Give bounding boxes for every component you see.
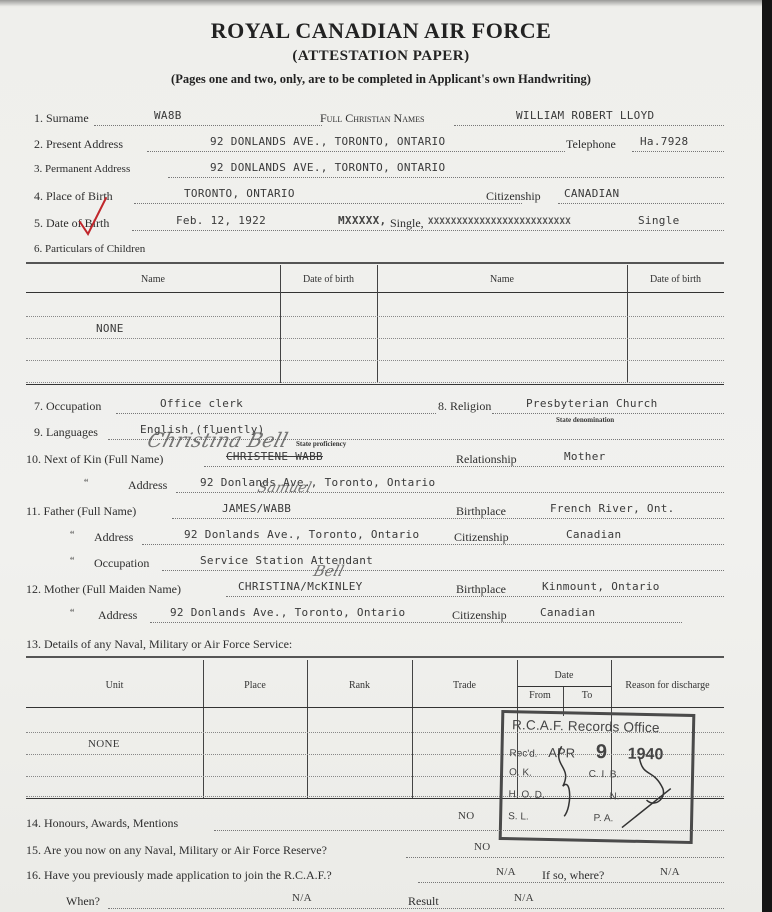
children-header-dob-2: Date of birth [627, 274, 724, 285]
row-honours: 14. Honours, Awards, Mentions NO [26, 816, 724, 834]
document-subtitle: (ATTESTATION PAPER) [0, 48, 762, 65]
scan-shadow [0, 0, 762, 6]
children-header-dob: Date of birth [280, 274, 377, 285]
next-of-kin-label: 10. Next of Kin (Full Name) [26, 452, 163, 467]
ditto-mark: “ [84, 478, 88, 489]
ditto-mark: “ [70, 530, 74, 541]
father-birthplace-label: Birthplace [456, 504, 506, 519]
mother-address-value: 92 Donlands Ave., Toronto, Ontario [170, 606, 405, 619]
scan-border [762, 0, 772, 912]
previous-app-value: N/A [496, 866, 516, 878]
father-citizenship-value: Canadian [566, 528, 621, 541]
christian-names-value: WILLIAM ROBERT LLOYD [516, 109, 654, 122]
mother-citizenship-value: Canadian [540, 606, 595, 619]
relationship-value: Mother [564, 450, 606, 463]
previous-app-label: 16. Have you previously made application… [26, 868, 332, 883]
row-surname: 1. Surname WA8B Full Christian Names WIL… [34, 111, 724, 129]
nok-address-value: 92 Donlands Ave., Toronto, Ontario [200, 476, 435, 489]
row-place-of-birth: 4. Place of Birth TORONTO, ONTARIO Citiz… [34, 189, 724, 207]
father-occupation-label: Occupation [94, 556, 149, 571]
honours-value: NO [458, 810, 475, 822]
surname-label: 1. Surname [34, 111, 89, 126]
table-top-rule [26, 656, 724, 658]
marital-struck-prefix: MXXXXX, [338, 214, 386, 227]
row-nok-address: “ Address 92 Donlands Ave., Toronto, Ont… [84, 478, 724, 496]
row-next-of-kin: 10. Next of Kin (Full Name) CHRISTENE WA… [26, 452, 724, 470]
service-header-from: From [517, 690, 563, 701]
religion-note: State denomination [556, 416, 614, 424]
row-permanent-address: 3. Permanent Address 92 DONLANDS AVE., T… [34, 163, 724, 181]
service-header-to: To [563, 690, 611, 701]
father-occupation-value: Service Station Attendant [200, 554, 373, 567]
citizenship-value: CANADIAN [564, 187, 619, 200]
when-label: When? [66, 894, 100, 909]
mother-address-label: Address [98, 608, 137, 623]
father-birthplace-value: French River, Ont. [550, 502, 675, 515]
handwritten-christina: Christina Bell [145, 428, 291, 452]
attestation-paper: ROYAL CANADIAN AIR FORCE (ATTESTATION PA… [0, 0, 762, 912]
father-label: 11. Father (Full Name) [26, 504, 136, 519]
red-check-mark-icon [78, 196, 108, 236]
handwritten-bell: Bell [312, 562, 346, 580]
row-previous-application: 16. Have you previously made application… [26, 868, 724, 886]
table-header-rule [26, 707, 724, 708]
telephone-value: Ha.7928 [640, 135, 688, 148]
ditto-mark: “ [70, 556, 74, 567]
table-row-rule [26, 338, 724, 339]
row-occupation: 7. Occupation Office clerk 8. Religion P… [34, 399, 724, 417]
table-row-rule [26, 360, 724, 361]
christian-names-label: Full Christian Names [320, 111, 424, 126]
religion-label: 8. Religion [438, 399, 491, 414]
row-languages: 9. Languages English (fluently) [34, 425, 724, 443]
service-header-unit: Unit [26, 680, 203, 691]
document-title: ROYAL CANADIAN AIR FORCE [0, 18, 762, 44]
present-address-label: 2. Present Address [34, 137, 123, 152]
table-top-rule [26, 262, 724, 264]
children-label: 6. Particulars of Children [34, 243, 145, 255]
row-date-of-birth: 5. Date of Birth Feb. 12, 1922 MXXXXX, S… [34, 216, 724, 234]
service-header-date: Date [517, 670, 611, 681]
father-address-value: 92 Donlands Ave., Toronto, Ontario [184, 528, 419, 541]
if-so-where-label: If so, where? [542, 868, 604, 883]
service-header-rank: Rank [307, 680, 412, 691]
stamp-recd-label: Rec'd. [509, 748, 537, 760]
father-value: JAMES/WABB [222, 502, 291, 515]
marital-struck-options: XXXXXXXXXXXXXXXXXXXXXXXXX [428, 217, 571, 227]
service-header-place: Place [203, 680, 307, 691]
row-father-address: “ Address 92 Donlands Ave., Toronto, Ont… [70, 530, 724, 548]
stamp-hod: H. O. D. [508, 789, 544, 801]
service-entry: NONE [88, 738, 120, 750]
date-subheader-rule [518, 686, 611, 687]
nok-address-label: Address [128, 478, 167, 493]
religion-value: Presbyterian Church [526, 397, 658, 410]
row-mother: 12. Mother (Full Maiden Name) CHRISTINA/… [26, 582, 724, 600]
stamp-ok: O. K. [509, 767, 532, 778]
reserve-value: NO [474, 841, 491, 853]
present-address-value: 92 DONLANDS AVE., TORONTO, ONTARIO [210, 135, 445, 148]
telephone-label: Telephone [566, 137, 616, 152]
marital-single-option: Single, [390, 216, 424, 231]
permanent-address-label: 3. Permanent Address [34, 163, 130, 175]
row-father-occupation: “ Occupation Service Station Attendant [70, 556, 724, 574]
mother-label: 12. Mother (Full Maiden Name) [26, 582, 181, 597]
marital-status-value: Single [638, 214, 680, 227]
row-when-result: When? N/A Result N/A [66, 894, 724, 912]
row-reserve: 15. Are you now on any Naval, Military o… [26, 843, 724, 861]
reserve-line [406, 843, 724, 858]
citizenship-label: Citizenship [486, 189, 541, 204]
children-header-name-2: Name [377, 274, 627, 285]
surname-line [94, 111, 322, 126]
row-mother-address: “ Address 92 Donlands Ave., Toronto, Ont… [70, 608, 724, 626]
table-row-rule [26, 382, 724, 383]
children-header-name: Name [26, 274, 280, 285]
service-header-trade: Trade [412, 680, 517, 691]
relationship-label: Relationship [456, 452, 517, 467]
document-instruction: (Pages one and two, only, are to be comp… [0, 72, 762, 87]
occupation-value: Office clerk [160, 397, 243, 410]
honours-label: 14. Honours, Awards, Mentions [26, 816, 178, 831]
next-of-kin-value: CHRISTENE WABB [226, 450, 323, 463]
father-citizenship-label: Citizenship [454, 530, 509, 545]
stamp-title: R.C.A.F. Records Office [512, 717, 660, 735]
languages-note: State proficiency [296, 440, 346, 448]
mother-citizenship-label: Citizenship [452, 608, 507, 623]
reserve-label: 15. Are you now on any Naval, Military o… [26, 843, 327, 858]
table-row-rule [26, 316, 724, 317]
father-address-label: Address [94, 530, 133, 545]
when-value: N/A [292, 892, 312, 904]
if-so-where-value: N/A [660, 866, 680, 878]
ditto-mark: “ [70, 608, 74, 619]
table-bottom-rule [26, 384, 724, 385]
permanent-address-value: 92 DONLANDS AVE., TORONTO, ONTARIO [210, 161, 445, 174]
service-label: 13. Details of any Naval, Military or Ai… [26, 637, 292, 652]
date-of-birth-value: Feb. 12, 1922 [176, 214, 266, 227]
occupation-label: 7. Occupation [34, 399, 101, 414]
table-header-rule [26, 292, 724, 293]
mother-birthplace-label: Birthplace [456, 582, 506, 597]
handwritten-samuel: Samuel [256, 480, 313, 496]
row-present-address: 2. Present Address 92 DONLANDS AVE., TOR… [34, 137, 724, 155]
languages-label: 9. Languages [34, 425, 98, 440]
result-value: N/A [514, 892, 534, 904]
service-header-reason: Reason for discharge [611, 680, 724, 691]
mother-birthplace-value: Kinmount, Ontario [542, 580, 660, 593]
children-entry: NONE [96, 322, 124, 335]
surname-value: WA8B [154, 109, 182, 122]
row-father: 11. Father (Full Name) JAMES/WABB Birthp… [26, 504, 724, 522]
mother-value: CHRISTINA/McKINLEY [238, 580, 363, 593]
place-of-birth-value: TORONTO, ONTARIO [184, 187, 295, 200]
result-label: Result [408, 894, 439, 909]
